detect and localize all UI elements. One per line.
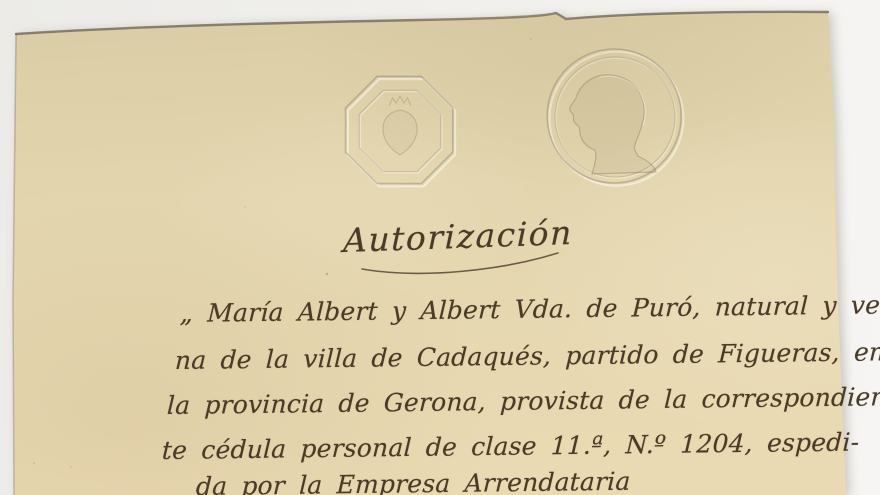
- scanned-manuscript-photo: Autorización „ María Albert y Albert Vda…: [0, 0, 880, 495]
- manuscript-line-partial: da por la Empresa Arrendataria: [195, 467, 631, 495]
